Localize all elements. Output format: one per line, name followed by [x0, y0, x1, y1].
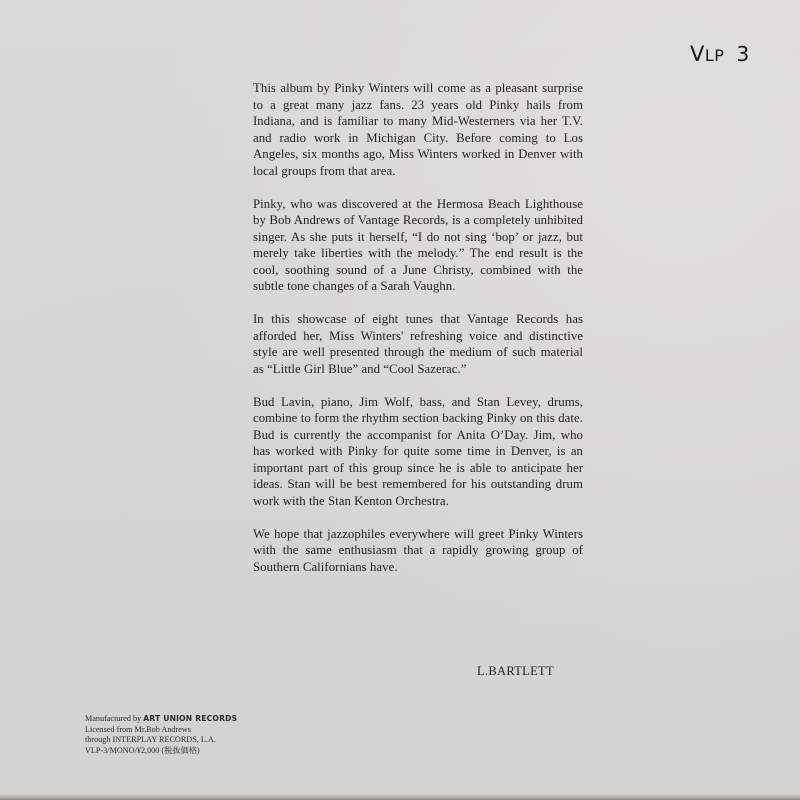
credits-manufacturer: ART UNION RECORDS [143, 714, 237, 723]
credits-through-line: through INTERPLAY RECORDS, L.A. [85, 735, 237, 746]
liner-notes-paragraph-3: In this showcase of eight tunes that Van… [253, 311, 583, 377]
cover-bottom-edge [0, 794, 800, 800]
catalog-prefix-rest: LP [705, 46, 725, 65]
liner-notes-paragraph-5: We hope that jazzophiles everywhere will… [253, 526, 583, 576]
credits-licensed-line: Licensed from Mr.Bob Andrews [85, 725, 237, 736]
author-signature: L.BARTLETT [477, 664, 554, 679]
catalog-number-value: 3 [736, 42, 749, 66]
liner-notes-paragraph-4: Bud Lavin, piano, Jim Wolf, bass, and St… [253, 394, 583, 510]
manufacturing-credits: Manufactured by ART UNION RECORDS Licens… [85, 714, 237, 756]
liner-notes: This album by Pinky Winters will come as… [253, 80, 583, 592]
liner-notes-paragraph-2: Pinky, who was discovered at the Hermosa… [253, 196, 583, 295]
liner-notes-paragraph-1: This album by Pinky Winters will come as… [253, 80, 583, 179]
credits-manufactured-line: Manufactured by ART UNION RECORDS [85, 714, 237, 725]
record-back-cover: VLP3 This album by Pinky Winters will co… [0, 0, 800, 800]
credits-manufactured-prefix: Manufactured by [85, 714, 143, 723]
catalog-number: VLP3 [690, 42, 750, 66]
catalog-prefix-first: V [690, 42, 705, 66]
credits-catalog-line: VLP-3/MONO/¥2,000 (税抜価格) [85, 746, 237, 757]
